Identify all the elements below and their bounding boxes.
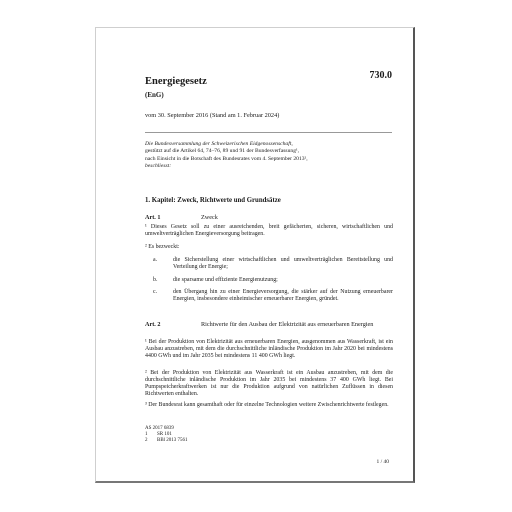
document-abbreviation: (EnG): [145, 91, 164, 99]
article-label: Art. 2: [145, 321, 160, 328]
paragraph: ² Es bezweckt:: [145, 244, 393, 251]
page-number: 1 / 40: [376, 459, 389, 465]
list-letter: c.: [153, 289, 157, 295]
article-title: Zweck: [201, 214, 218, 221]
footnote-number: 2: [145, 438, 157, 444]
list-letter: b.: [153, 277, 157, 283]
footnotes: AS 2017 6839 1SR 101 2BBl 2013 7561: [145, 426, 188, 444]
chapter-heading: 1. Kapitel: Zweck, Richtwerte und Grunds…: [145, 197, 281, 204]
list-item: die Sicherstellung einer wirtschaftliche…: [173, 257, 393, 271]
document-title: Energiegesetz: [145, 76, 207, 87]
paragraph: ³ Der Bundesrat kann gesamthaft oder für…: [145, 402, 393, 409]
article-title: Richtwerte für den Ausbau der Elektrizit…: [201, 321, 381, 328]
preamble: Die Bundesversammlung der Schweizerische…: [145, 141, 395, 171]
paragraph: ¹ Dieses Gesetz soll zu einer ausreichen…: [145, 224, 393, 238]
list-letter: a.: [153, 257, 157, 263]
article-label: Art. 1: [145, 214, 160, 221]
footnote-text: SR 101: [157, 432, 172, 437]
document-page: 730.0 Energiegesetz (EnG) vom 30. Septem…: [95, 27, 415, 483]
paragraph: ¹ Bei der Produktion von Elektrizität au…: [145, 339, 393, 360]
preamble-line: gestützt auf die Artikel 64, 74–76, 89 u…: [145, 148, 395, 155]
sr-number: 730.0: [370, 70, 393, 81]
divider: [145, 132, 392, 133]
date-line: vom 30. September 2016 (Stand am 1. Febr…: [145, 112, 279, 119]
footnote-text: BBl 2013 7561: [157, 438, 188, 443]
paragraph: ² Bei der Produktion von Elektrizität au…: [145, 370, 393, 398]
list-item: die sparsame und effiziente Energienutzu…: [173, 277, 393, 284]
list-item: den Übergang hin zu einer Energieversorg…: [173, 289, 393, 303]
preamble-line: beschliesst:: [145, 163, 395, 170]
preamble-line: nach Einsicht in die Botschaft des Bunde…: [145, 156, 395, 163]
